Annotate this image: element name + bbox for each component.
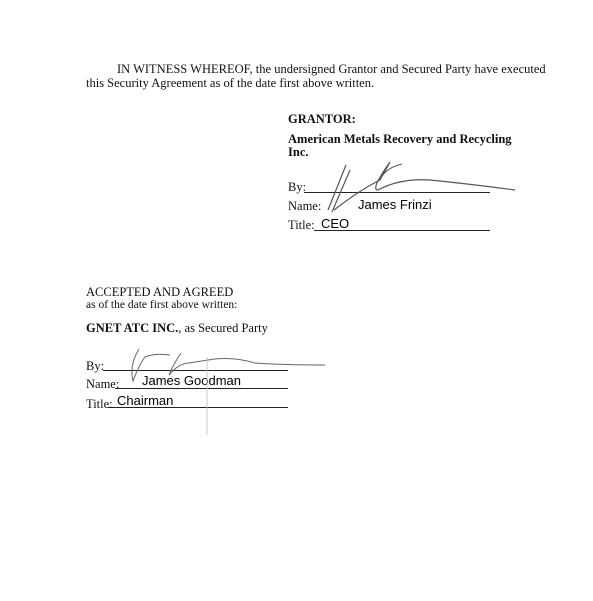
grantor-title-label: Title: [288, 218, 315, 233]
secured-party-signature-icon [125, 345, 335, 435]
secured-party-company: GNET ATC INC. [86, 321, 178, 335]
accepted-subheading: as of the date first above written: [86, 298, 237, 313]
witness-paragraph-line1: IN WITNESS WHEREOF, the undersigned Gran… [117, 62, 546, 77]
secured-party-by-label: By: [86, 359, 104, 374]
grantor-signature-icon [320, 160, 520, 220]
grantor-title-line [314, 230, 490, 231]
grantor-heading: GRANTOR: [288, 112, 356, 127]
grantor-name-label: Name: [288, 199, 321, 214]
grantor-company-line1: American Metals Recovery and Recycling [288, 132, 512, 147]
secured-party-line: GNET ATC INC., as Secured Party [86, 321, 268, 336]
witness-paragraph-line2: this Security Agreement as of the date f… [86, 76, 374, 91]
secured-party-role: , as Secured Party [178, 321, 268, 335]
secured-party-title-label: Title: [86, 397, 113, 412]
grantor-company-line2: Inc. [288, 145, 309, 160]
secured-party-name-label: Name: [86, 377, 119, 392]
